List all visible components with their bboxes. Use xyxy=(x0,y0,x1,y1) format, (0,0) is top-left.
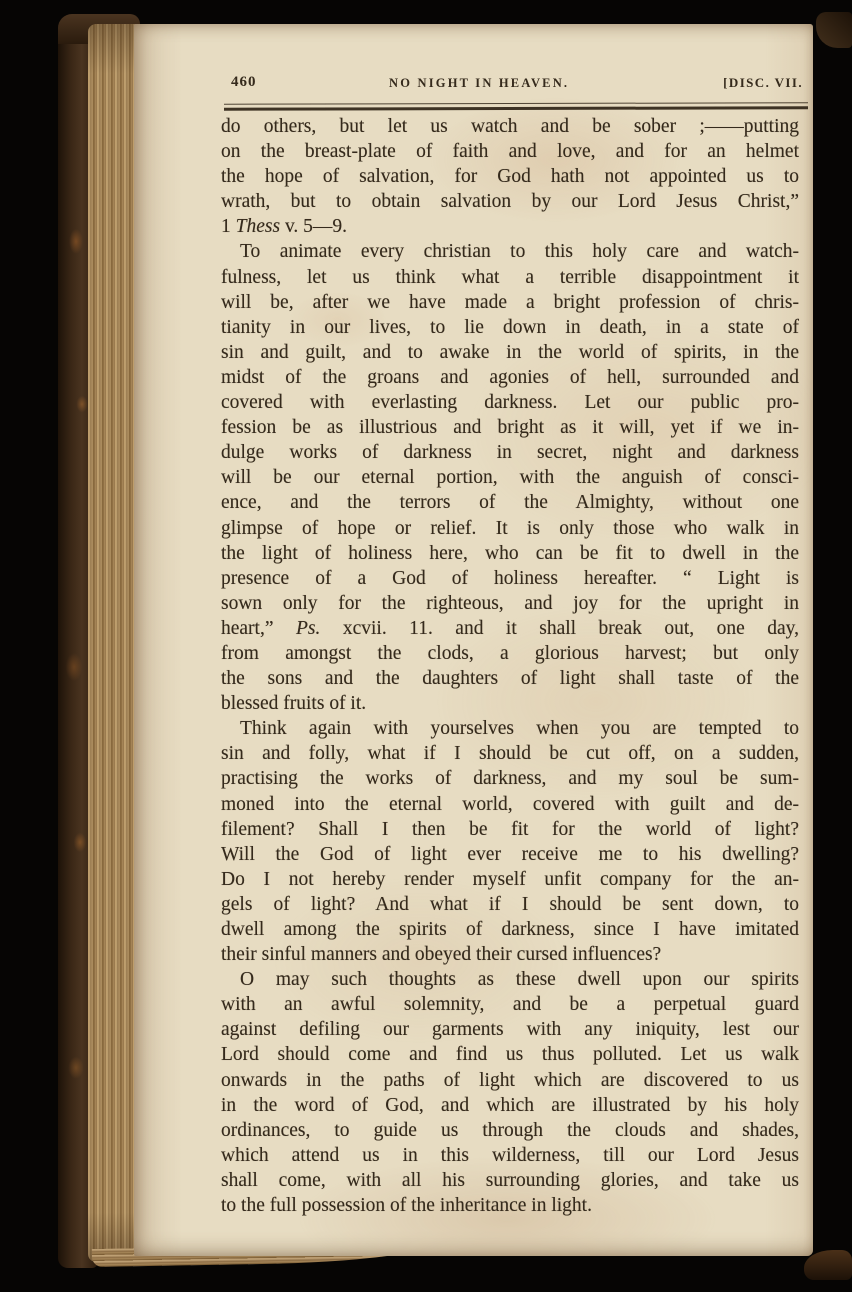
text-line: in the word of God, and which are illust… xyxy=(221,1093,799,1118)
text-line: O may such thoughts as these dwell upon … xyxy=(221,967,799,992)
book-cover-corner-bottom-right xyxy=(804,1250,852,1280)
text-line: ence, and the terrors of the Almighty, w… xyxy=(221,490,799,515)
text-line: onwards in the paths of light which are … xyxy=(221,1068,799,1093)
text-line: practising the works of darkness, and my… xyxy=(221,766,799,791)
text-line: which attend us in this wilderness, till… xyxy=(221,1143,799,1168)
text-line: sown only for the righteous, and joy for… xyxy=(221,591,799,616)
text-line: glimpse of hope or relief. It is only th… xyxy=(221,516,799,541)
text-line: from amongst the clods, a glorious harve… xyxy=(221,641,799,666)
text-line: tianity in our lives, to lie down in dea… xyxy=(221,315,799,340)
page-edges xyxy=(88,24,136,1262)
text-line: midst of the groans and agonies of hell,… xyxy=(221,365,799,390)
book-page: 460 NO NIGHT IN HEAVEN. [DISC. VII. do o… xyxy=(134,24,813,1256)
section-label: [DISC. VII. xyxy=(723,75,803,91)
text-line: the sons and the daughters of light shal… xyxy=(221,666,799,691)
running-title: NO NIGHT IN HEAVEN. xyxy=(389,76,569,91)
text-line: dulge works of darkness in secret, night… xyxy=(221,440,799,465)
photo-background: { "document": { "header": { "page_number… xyxy=(0,0,852,1292)
text-line: sin and folly, what if I should be cut o… xyxy=(221,741,799,766)
text-line: will be, after we have made a bright pro… xyxy=(221,290,799,315)
text-line: 1 Thess v. 5—9. xyxy=(221,214,799,239)
text-line: wrath, but to obtain salvation by our Lo… xyxy=(221,189,799,214)
text-line: dwell among the spirits of darkness, sin… xyxy=(221,917,799,942)
text-line: on the breast-plate of faith and love, a… xyxy=(221,139,799,164)
text-line: heart,” Ps. xcvii. 11. and it shall brea… xyxy=(221,616,799,641)
text-line: covered with everlasting darkness. Let o… xyxy=(221,390,799,415)
book-cover-corner-top-right xyxy=(816,12,852,48)
page-header: 460 NO NIGHT IN HEAVEN. [DISC. VII. xyxy=(221,74,803,96)
text-line: gels of light? And what if I should be s… xyxy=(221,892,799,917)
text-line: the hope of salvation, for God hath not … xyxy=(221,164,799,189)
text-line: presence of a God of holiness hereafter.… xyxy=(221,566,799,591)
text-line: fulness, let us think what a terrible di… xyxy=(221,265,799,290)
text-line: will be our eternal portion, with the an… xyxy=(221,465,799,490)
text-line: to the full possession of the inheritanc… xyxy=(221,1193,799,1218)
text-line: sin and guilt, and to awake in the world… xyxy=(221,340,799,365)
page-number: 460 xyxy=(231,74,257,91)
text-line: against defiling our garments with any i… xyxy=(221,1017,799,1042)
text-line: blessed fruits of it. xyxy=(221,691,799,716)
header-rule xyxy=(224,102,808,111)
text-line: Do I not hereby render myself unfit comp… xyxy=(221,867,799,892)
text-line: To animate every christian to this holy … xyxy=(221,239,799,264)
text-line: their sinful manners and obeyed their cu… xyxy=(221,942,799,967)
text-line: Lord should come and find us thus pollut… xyxy=(221,1042,799,1067)
text-line: the light of holiness here, who can be f… xyxy=(221,541,799,566)
text-line: Will the God of light ever receive me to… xyxy=(221,842,799,867)
text-line: filement? Shall I then be fit for the wo… xyxy=(221,817,799,842)
text-line: fession be as illustrious and bright as … xyxy=(221,415,799,440)
text-line: shall come, with all his surrounding glo… xyxy=(221,1168,799,1193)
text-block: do others, but let us watch and be sober… xyxy=(221,114,799,1218)
text-line: ordinances, to guide us through the clou… xyxy=(221,1118,799,1143)
text-line: moned into the eternal world, covered wi… xyxy=(221,792,799,817)
text-line: with an awful solemnity, and be a perpet… xyxy=(221,992,799,1017)
text-line: Think again with yourselves when you are… xyxy=(221,716,799,741)
text-line: do others, but let us watch and be sober… xyxy=(221,114,799,139)
